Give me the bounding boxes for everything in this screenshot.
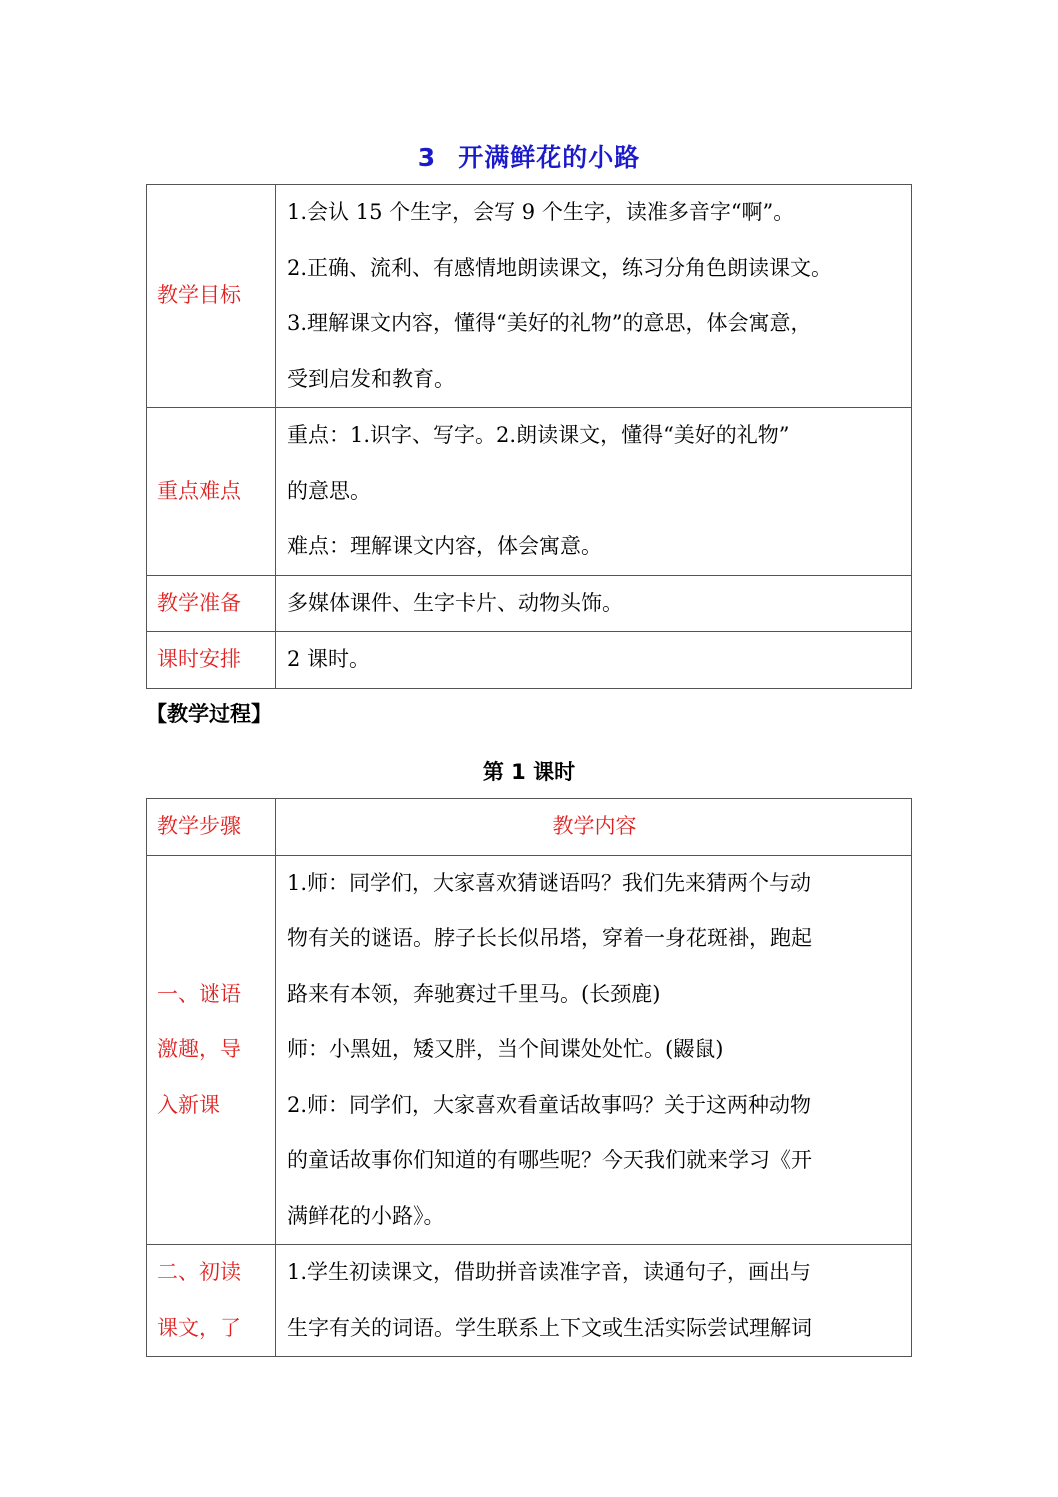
row-content: 2 课时。 — [276, 632, 912, 689]
table-row: 课时安排 2 课时。 — [147, 632, 912, 689]
text-line: 入新课 — [157, 1078, 267, 1134]
text-line: 1.学生初读课文，借助拼音读准字音，读通句子，画出与 — [287, 1245, 903, 1301]
row-content: 多媒体课件、生字卡片、动物头饰。 — [276, 575, 912, 632]
step-label: 二、初读 课文，了 — [147, 1245, 276, 1357]
text-line: 难点：理解课文内容，体会寓意。 — [287, 519, 903, 575]
text-line: 重点：1.识字、写字。2.朗读课文，懂得“美好的礼物” — [287, 408, 903, 464]
table-header-row: 教学步骤 教学内容 — [147, 799, 912, 856]
lesson-name: 开满鲜花的小路 — [458, 143, 640, 172]
table-row: 教学准备 多媒体课件、生字卡片、动物头饰。 — [147, 575, 912, 632]
step-content: 1.学生初读课文，借助拼音读准字音，读通句子，画出与 生字有关的词语。学生联系上… — [276, 1245, 912, 1357]
row-label: 重点难点 — [147, 408, 276, 576]
process-table: 教学步骤 教学内容 一、谜语 激趣，导 入新课 1.师：同学们，大家喜欢猜谜语吗… — [146, 798, 912, 1357]
text-line: 2.师：同学们，大家喜欢看童话故事吗？关于这两种动物 — [287, 1078, 903, 1134]
text-line: 的意思。 — [287, 464, 903, 520]
text-line: 物有关的谜语。脖子长长似吊塔，穿着一身花斑褂，跑起 — [287, 911, 903, 967]
lesson-number: 3 — [418, 143, 436, 172]
text-line: 2 课时。 — [287, 632, 903, 688]
lesson-period-heading: 第 1 课时 — [0, 756, 1058, 786]
row-content: 1.会认 15 个生字，会写 9 个生字，读准多音字“啊”。 2.正确、流利、有… — [276, 185, 912, 408]
row-label: 教学目标 — [147, 185, 276, 408]
row-label: 教学准备 — [147, 575, 276, 632]
row-label: 课时安排 — [147, 632, 276, 689]
text-line: 的童话故事你们知道的有哪些呢？今天我们就来学习《开 — [287, 1133, 903, 1189]
step-content: 1.师：同学们，大家喜欢猜谜语吗？我们先来猜两个与动 物有关的谜语。脖子长长似吊… — [276, 855, 912, 1245]
text-line: 路来有本领，奔驰赛过千里马。(长颈鹿) — [287, 967, 903, 1023]
overview-table: 教学目标 1.会认 15 个生字，会写 9 个生字，读准多音字“啊”。 2.正确… — [146, 184, 912, 689]
text-line: 满鲜花的小路》。 — [287, 1189, 903, 1245]
table-row: 二、初读 课文，了 1.学生初读课文，借助拼音读准字音，读通句子，画出与 生字有… — [147, 1245, 912, 1357]
text-line: 师：小黑妞，矮又胖，当个间谍处处忙。(鼹鼠) — [287, 1022, 903, 1078]
text-line: 生字有关的词语。学生联系上下文或生活实际尝试理解词 — [287, 1301, 903, 1357]
row-content: 重点：1.识字、写字。2.朗读课文，懂得“美好的礼物” 的意思。 难点：理解课文… — [276, 408, 912, 576]
table-row: 教学目标 1.会认 15 个生字，会写 9 个生字，读准多音字“啊”。 2.正确… — [147, 185, 912, 408]
header-content: 教学内容 — [276, 799, 912, 856]
text-line: 2.正确、流利、有感情地朗读课文，练习分角色朗读课文。 — [287, 241, 903, 297]
table-row: 重点难点 重点：1.识字、写字。2.朗读课文，懂得“美好的礼物” 的意思。 难点… — [147, 408, 912, 576]
text-line: 1.会认 15 个生字，会写 9 个生字，读准多音字“啊”。 — [287, 185, 903, 241]
text-line: 受到启发和教育。 — [287, 352, 903, 408]
table-row: 一、谜语 激趣，导 入新课 1.师：同学们，大家喜欢猜谜语吗？我们先来猜两个与动… — [147, 855, 912, 1245]
text-line: 一、谜语 — [157, 967, 267, 1023]
section-heading: 【教学过程】 — [146, 698, 272, 728]
step-label: 一、谜语 激趣，导 入新课 — [147, 855, 276, 1245]
text-line: 二、初读 — [157, 1245, 267, 1301]
lesson-title: 3开满鲜花的小路 — [0, 138, 1058, 174]
text-line: 课文，了 — [157, 1301, 267, 1357]
text-line: 激趣，导 — [157, 1022, 267, 1078]
text-line: 多媒体课件、生字卡片、动物头饰。 — [287, 576, 903, 632]
text-line: 1.师：同学们，大家喜欢猜谜语吗？我们先来猜两个与动 — [287, 856, 903, 912]
text-line: 3.理解课文内容，懂得“美好的礼物”的意思，体会寓意， — [287, 296, 903, 352]
header-step: 教学步骤 — [147, 799, 276, 856]
